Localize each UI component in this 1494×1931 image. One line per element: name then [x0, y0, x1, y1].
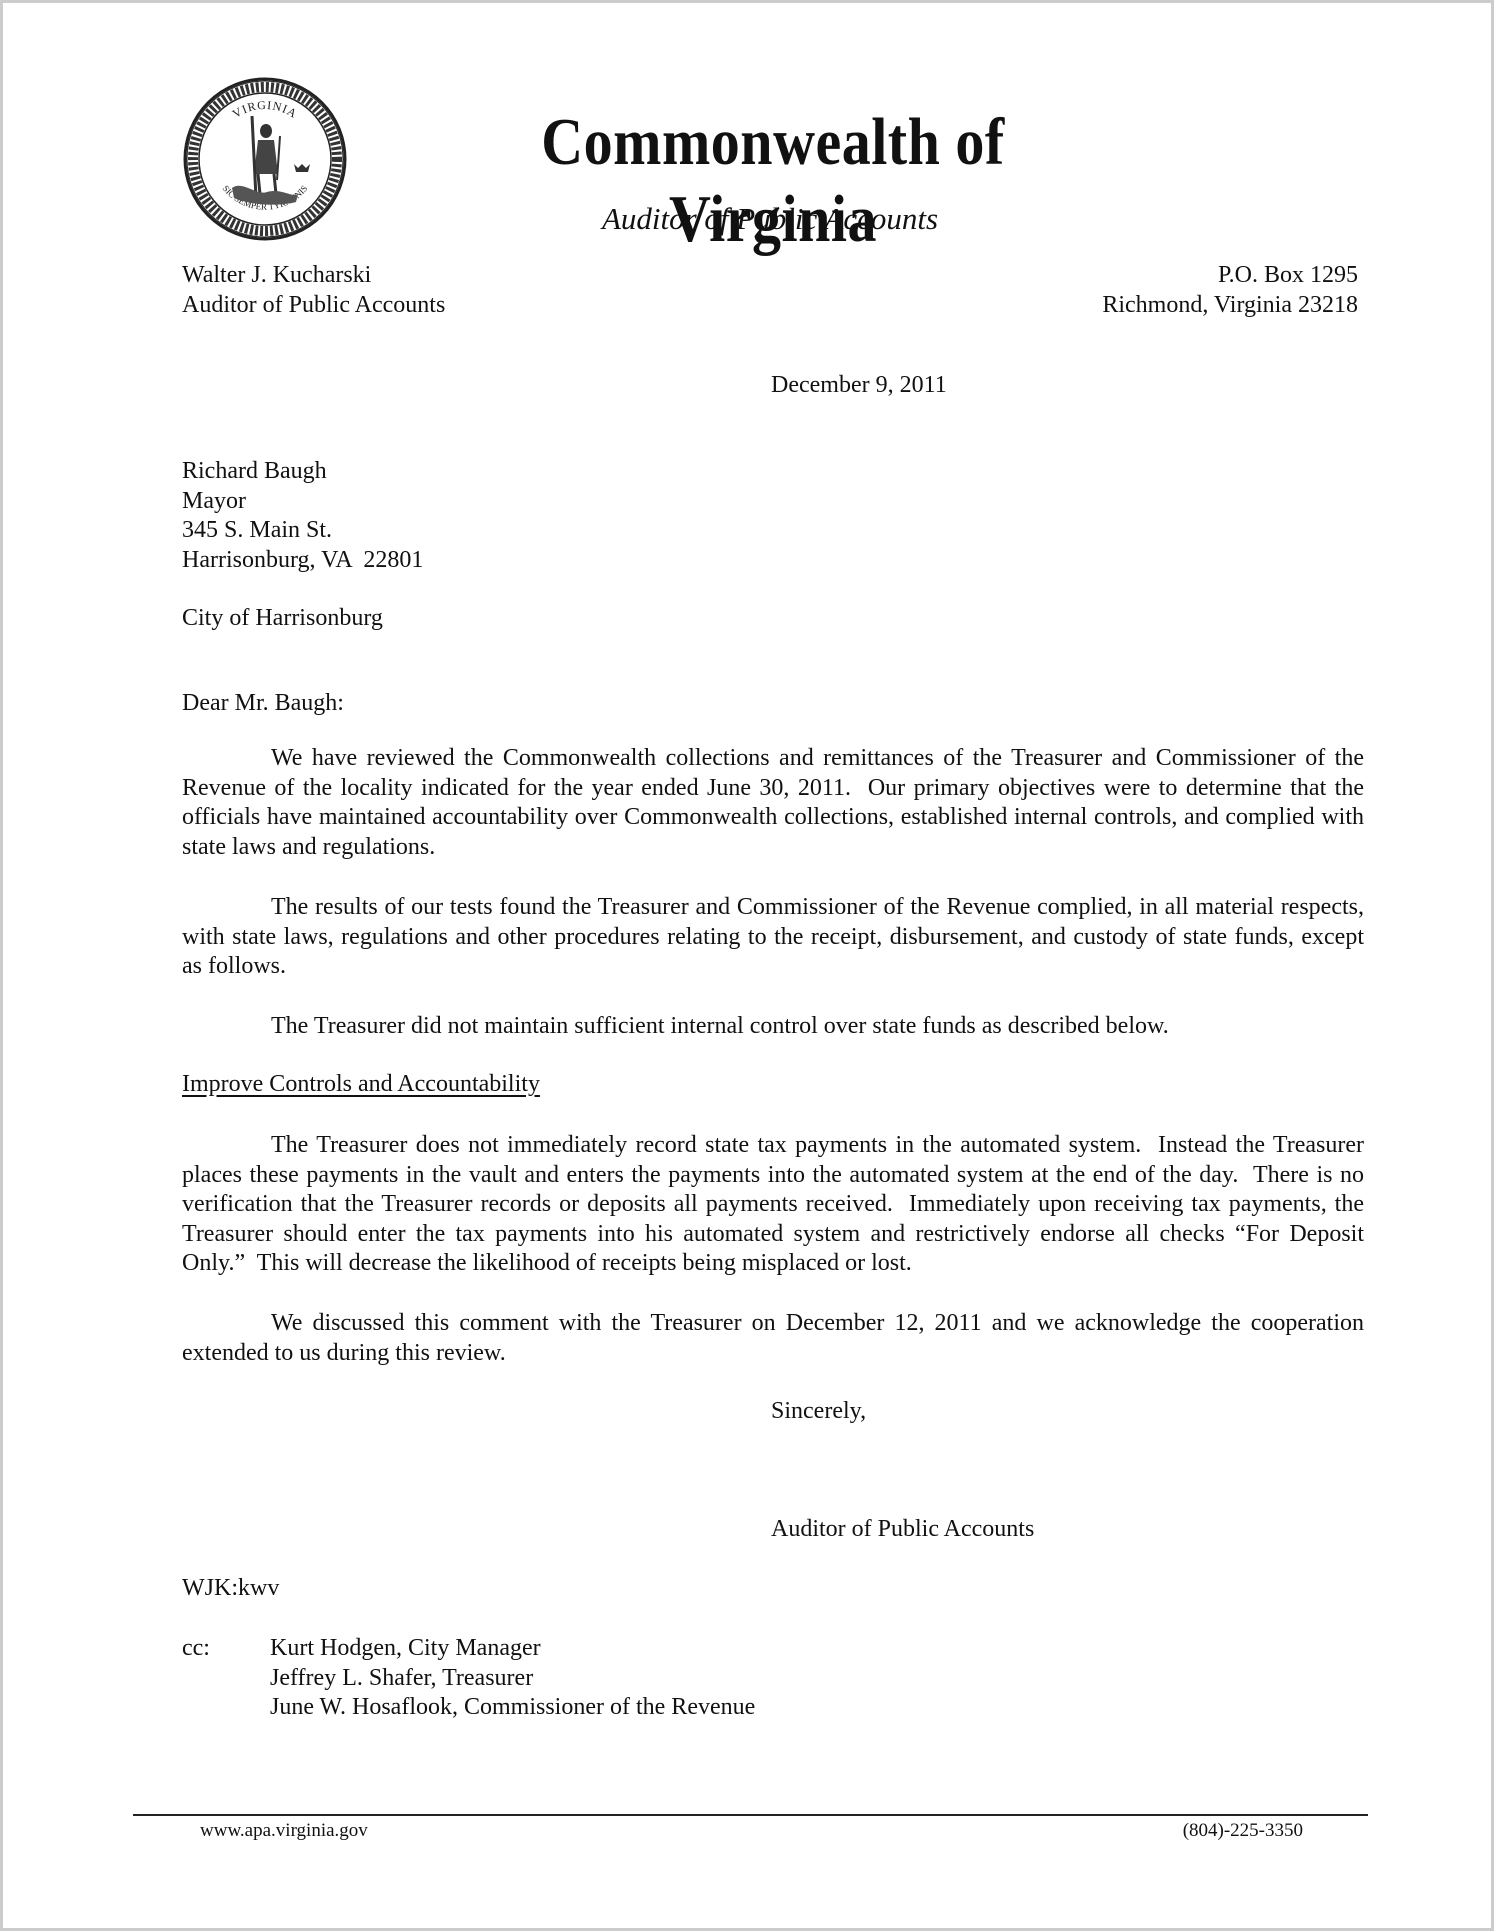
paragraph-4: The Treasurer does not immediately recor…: [182, 1131, 1364, 1279]
letter-page: VIRGINIA SIC SEMPER TYRANNIS Commonwealt…: [3, 3, 1491, 1928]
recipient-city-line: Harrisonburg, VA 22801: [182, 546, 423, 576]
closing: Sincerely,: [771, 1397, 866, 1427]
recipient-entity: City of Harrisonburg: [182, 604, 383, 634]
footer-website: www.apa.virginia.gov: [200, 1820, 368, 1842]
section-heading: Improve Controls and Accountability: [182, 1070, 540, 1100]
paragraph-2: The results of our tests found the Treas…: [182, 893, 1364, 982]
recipient-street: 345 S. Main St.: [182, 516, 423, 546]
recipient-address: Richard Baugh Mayor 345 S. Main St. Harr…: [182, 457, 423, 575]
sender-name: Walter J. Kucharski: [182, 261, 445, 291]
cc-item: Jeffrey L. Shafer, Treasurer: [270, 1664, 755, 1694]
cc-label: cc:: [182, 1634, 210, 1664]
letter-date: December 9, 2011: [771, 371, 947, 401]
footer-phone: (804)-225-3350: [1163, 1820, 1303, 1842]
office-address-line2: Richmond, Virginia 23218: [1102, 291, 1358, 321]
initials: WJK:kwv: [182, 1574, 279, 1604]
cc-list: Kurt Hodgen, City Manager Jeffrey L. Sha…: [270, 1634, 755, 1723]
signature: Auditor of Public Accounts: [771, 1515, 1034, 1545]
salutation: Dear Mr. Baugh:: [182, 689, 344, 719]
letterhead-subtitle: Auditor of Public Accounts: [470, 201, 1070, 237]
recipient-name: Richard Baugh: [182, 457, 423, 487]
office-address-block: P.O. Box 1295 Richmond, Virginia 23218: [1102, 261, 1358, 320]
recipient-title: Mayor: [182, 487, 423, 517]
paragraph-1: We have reviewed the Commonwealth collec…: [182, 744, 1364, 862]
office-address-line1: P.O. Box 1295: [1102, 261, 1358, 291]
cc-item: Kurt Hodgen, City Manager: [270, 1634, 755, 1664]
paragraph-3: The Treasurer did not maintain sufficien…: [182, 1012, 1364, 1042]
paragraph-5: We discussed this comment with the Treas…: [182, 1309, 1364, 1368]
sender-title: Auditor of Public Accounts: [182, 291, 445, 321]
cc-item: June W. Hosaflook, Commissioner of the R…: [270, 1693, 755, 1723]
sender-block: Walter J. Kucharski Auditor of Public Ac…: [182, 261, 445, 320]
footer-divider: [133, 1814, 1368, 1816]
virginia-state-seal-icon: VIRGINIA SIC SEMPER TYRANNIS: [182, 76, 348, 242]
